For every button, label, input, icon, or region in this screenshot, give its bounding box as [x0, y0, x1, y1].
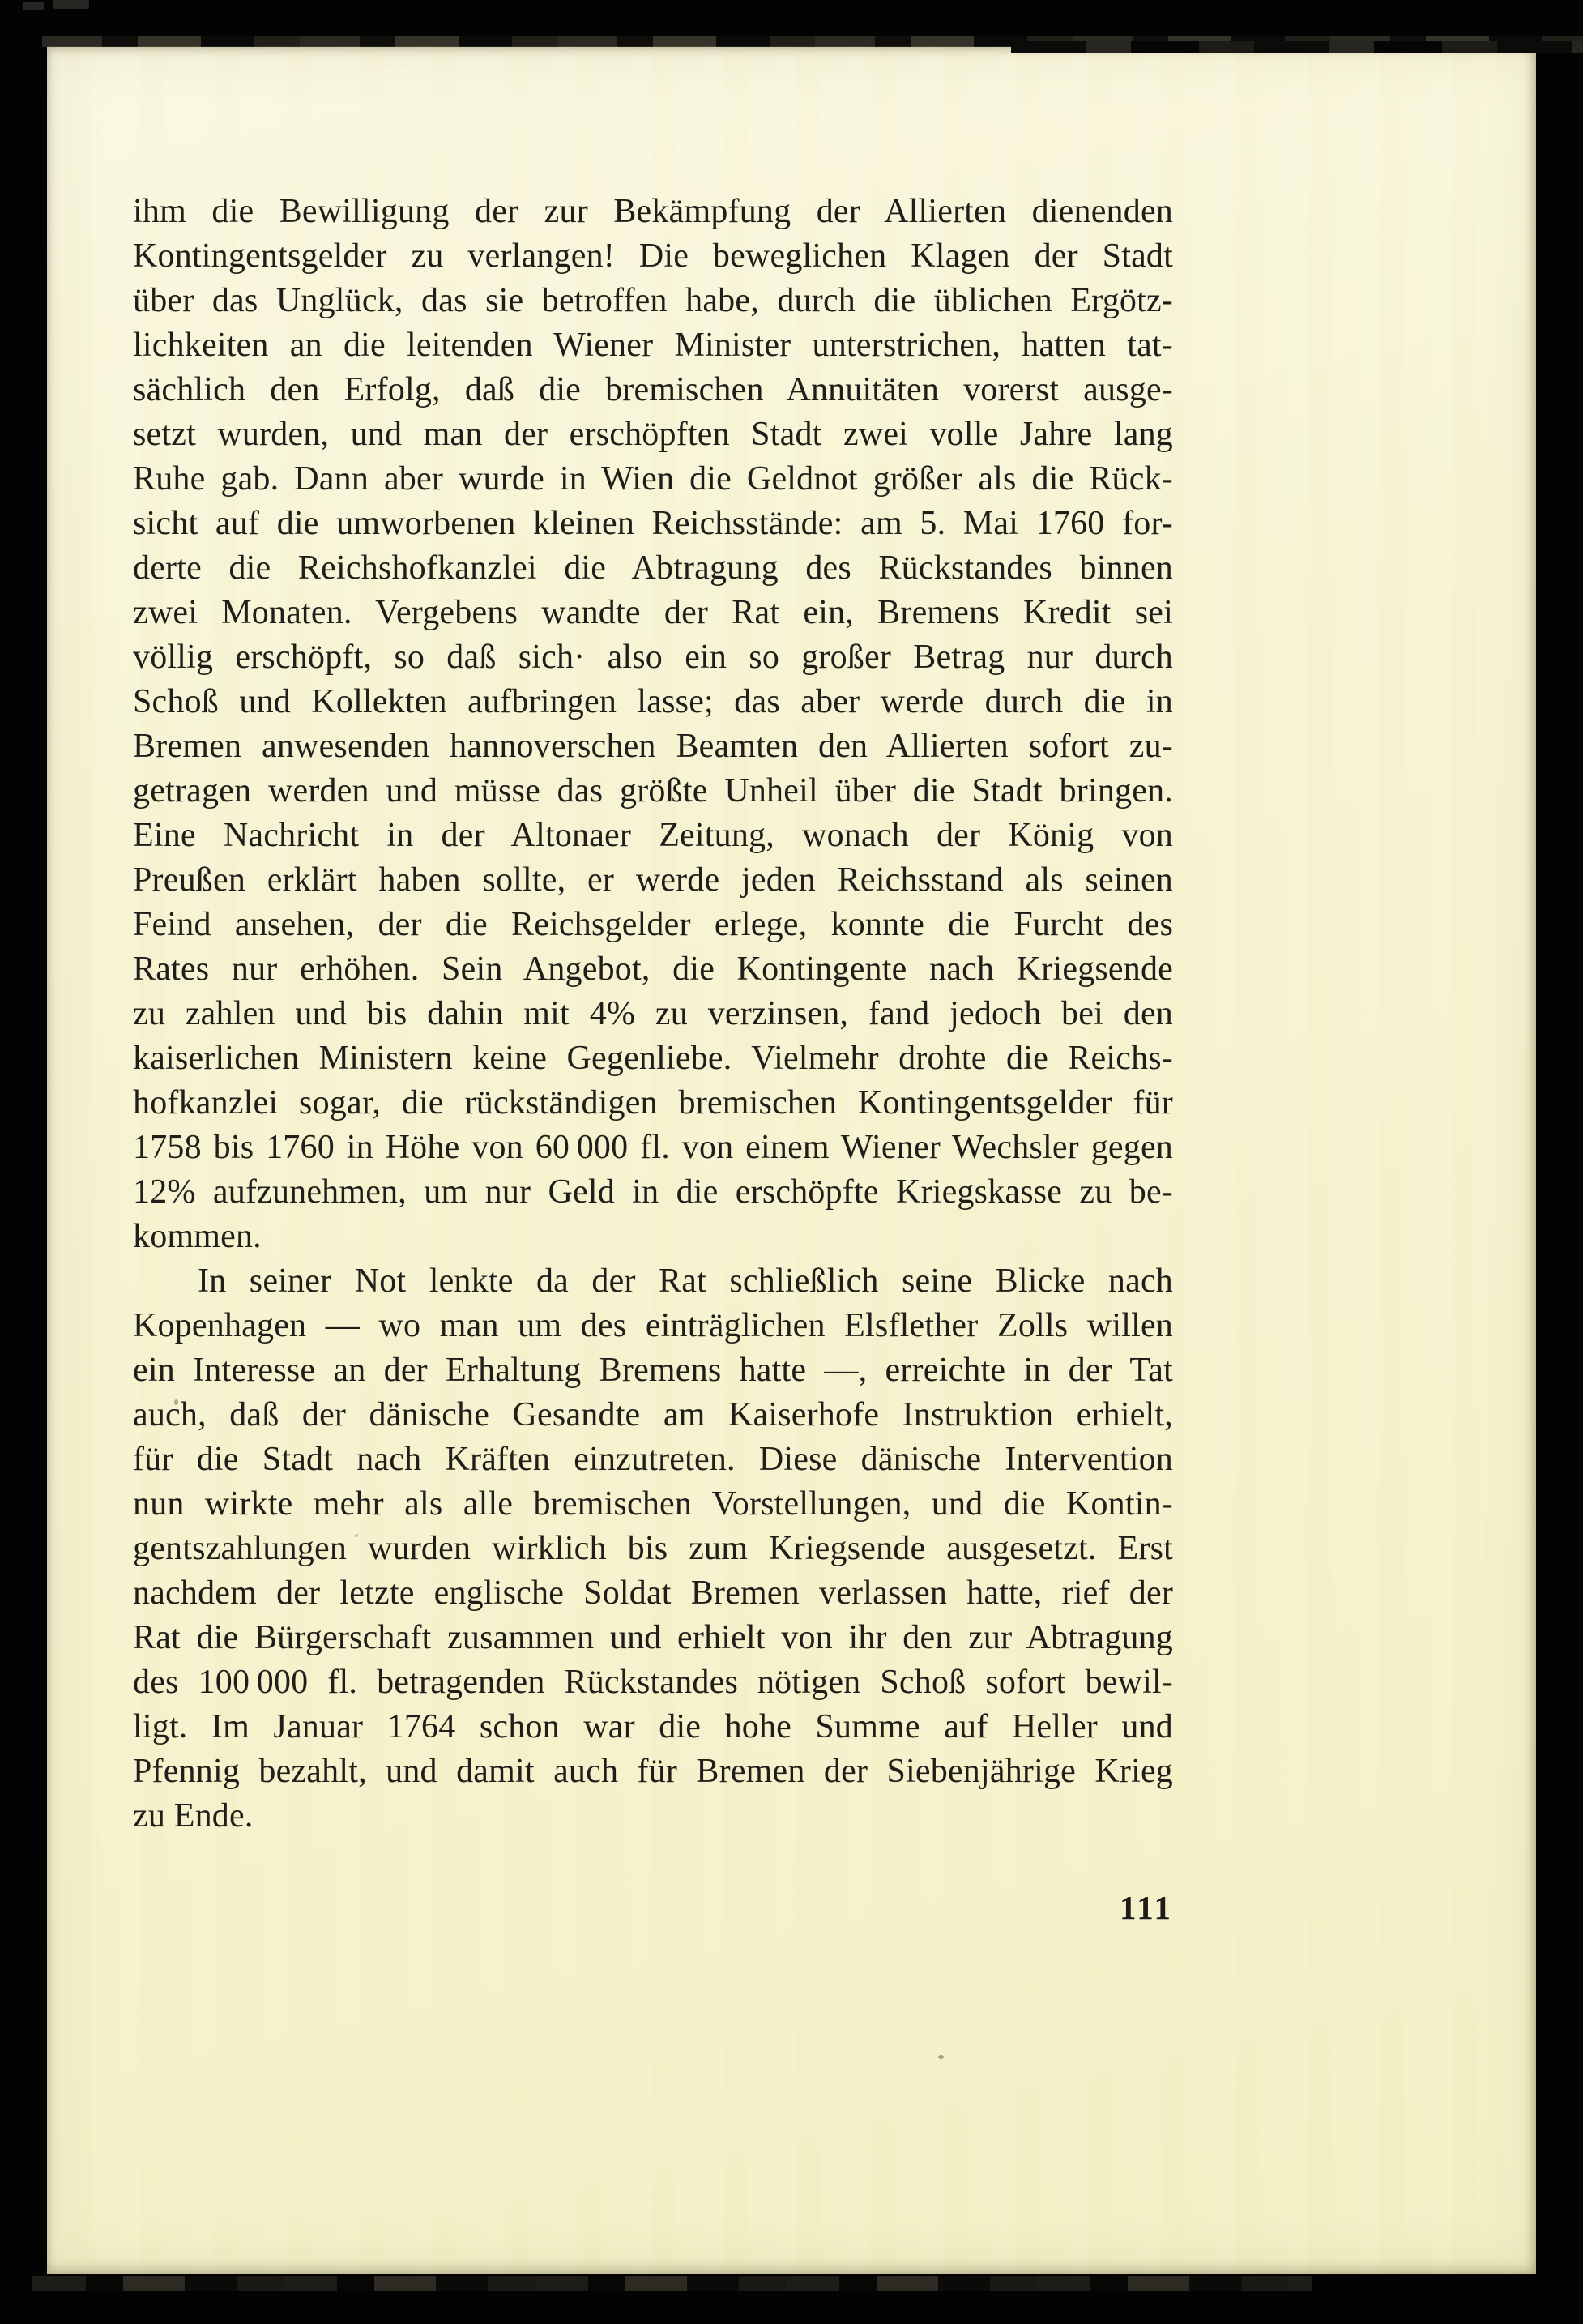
text-line: sicht auf die umworbenen kleinen Reichss… [133, 502, 1173, 546]
text-line: Eine Nachricht in der Altonaer Zeitung, … [133, 814, 1173, 858]
paragraph-2: In seiner Not lenkte da der Rat schließl… [133, 1259, 1173, 1839]
text-line: ligt. Im Januar 1764 schon war die hohe … [133, 1705, 1173, 1749]
page-top-right-edge [1011, 41, 1583, 53]
text-line: Feind ansehen, der die Reichsgelder erle… [133, 903, 1173, 947]
text-line: 12% aufzunehmen, um nur Geld in die ersc… [133, 1170, 1173, 1215]
text-line: über das Unglück, das sie betroffen habe… [133, 279, 1173, 323]
text-block: ihm die Bewilligung der zur Bekämpfung d… [133, 190, 1173, 1930]
text-line: setzt wurden, und man der erschöpften St… [133, 412, 1173, 457]
text-line: Kontingentsgelder zu verlangen! Die bewe… [133, 234, 1173, 279]
text-line: des 100 000 fl. betragenden Rückstandes … [133, 1660, 1173, 1705]
text-line: derte die Reichshofkanzlei die Abtragung… [133, 546, 1173, 591]
text-line: getragen werden und müsse das größte Unh… [133, 769, 1173, 814]
corner-shade [23, 2, 44, 10]
paragraph-1: ihm die Bewilligung der zur Bekämpfung d… [133, 190, 1173, 1259]
text-line: Preußen erklärt haben sollte, er werde j… [133, 858, 1173, 903]
text-line: Bremen anwesenden hannoverschen Beamten … [133, 724, 1173, 769]
text-line: zu zahlen und bis dahin mit 4% zu verzin… [133, 992, 1173, 1036]
text-line: kommen. [133, 1215, 1173, 1259]
text-line: sächlich den Erfolg, daß die bremischen … [133, 368, 1173, 412]
text-line: gentszahlungen wurden wirklich bis zum K… [133, 1527, 1173, 1571]
text-line: 1758 bis 1760 in Höhe von 60 000 fl. von… [133, 1126, 1173, 1170]
text-line: hofkanzlei sogar, die rückständigen brem… [133, 1081, 1173, 1126]
text-line: lichkeiten an die leitenden Wiener Minis… [133, 323, 1173, 368]
scan-speck [938, 2055, 944, 2059]
text-line: zwei Monaten. Vergebens wandte der Rat e… [133, 591, 1173, 635]
text-line: nachdem der letzte englische Soldat Brem… [133, 1571, 1173, 1616]
corner-shade [53, 0, 89, 9]
text-line: In seiner Not lenkte da der Rat schließl… [133, 1259, 1173, 1304]
page-bottom-edge [32, 2276, 1312, 2291]
text-line: nun wirkte mehr als alle bremischen Vors… [133, 1482, 1173, 1527]
text-line: Rat die Bürgerschaft zusammen und erhiel… [133, 1616, 1173, 1660]
text-line: Schoß und Kollekten aufbringen lasse; da… [133, 680, 1173, 724]
text-line: völlig erschöpft, so daß sich· also ein … [133, 635, 1173, 680]
scan-area: { "colors": { "background": "#030303", "… [0, 0, 1583, 2324]
text-line: Kopenhagen — wo man um des einträglichen… [133, 1304, 1173, 1348]
text-line: ein Interesse an der Erhaltung Bremens h… [133, 1348, 1173, 1393]
text-line: zu Ende. [133, 1794, 1173, 1839]
text-line: auch, daß der dänische Gesandte am Kaise… [133, 1393, 1173, 1438]
text-line: Pfennig bezahlt, und damit auch für Brem… [133, 1749, 1173, 1794]
text-line: ihm die Bewilligung der zur Bekämpfung d… [133, 190, 1173, 234]
page-number: 111 [133, 1886, 1173, 1930]
text-line: für die Stadt nach Kräften einzutreten. … [133, 1438, 1173, 1482]
text-line: Ruhe gab. Dann aber wurde in Wien die Ge… [133, 457, 1173, 502]
text-line: Rates nur erhöhen. Sein Angebot, die Kon… [133, 947, 1173, 992]
text-line: kaiserlichen Ministern keine Gegenliebe.… [133, 1036, 1173, 1081]
